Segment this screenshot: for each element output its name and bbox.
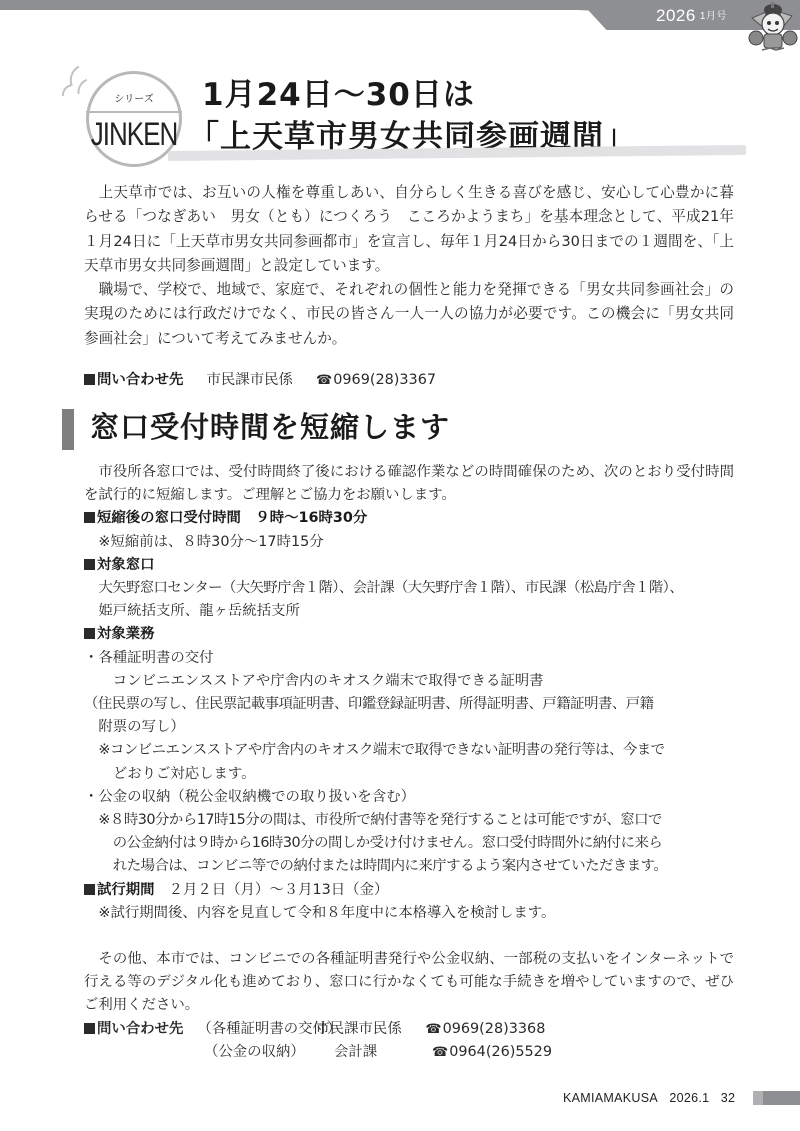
windows-heading: 対象窓口 <box>84 554 734 577</box>
square-bullet-icon <box>84 559 95 570</box>
contact-department: 市民課市民係 <box>207 372 293 388</box>
phone-icon: ☎ <box>432 1045 448 1060</box>
services-heading: 対象業務 <box>84 623 734 646</box>
footer-bar <box>753 1091 800 1105</box>
phone-icon: ☎ <box>316 373 332 388</box>
contact-label: 問い合わせ先 <box>97 372 183 388</box>
contact-row: 問い合わせ先（各種証明書の交付）市民課市民係☎0969(28)3368 <box>84 1018 734 1041</box>
square-bullet-icon <box>84 374 95 385</box>
windows-line: 大矢野窓口センター（大矢野庁舎１階）、会計課（大矢野庁舎１階）、市民課（松島庁舎… <box>84 577 734 600</box>
paragraph: 職場で、学校で、地域で、家庭で、それぞれの個性と能力を発揮できる「男女共同参画社… <box>84 278 734 351</box>
hours-heading: 短縮後の窓口受付時間 ９時～16時30分 <box>84 507 734 530</box>
square-bullet-icon <box>84 628 95 639</box>
closing-paragraph: その他、本市では、コンビニでの各種証明書発行や公金収納、一部税の支払いをインター… <box>84 948 734 1018</box>
contact-topic: （各種証明書の交付） <box>197 1018 315 1041</box>
windows-line: 姫戸統括支所、龍ヶ岳統括支所 <box>84 600 734 623</box>
contact-department: 市民課市民係 <box>315 1018 425 1041</box>
intro-paragraph: 市役所各窓口では、受付時間終了後における確認作業などの時間確保のため、次のとおり… <box>84 461 734 507</box>
service-note: ※８時30分から17時15分の間は、市役所で納付書等を発行することは可能ですが、… <box>84 809 734 832</box>
service-subitem: コンビニエンスストアや庁舎内のキオスク端末で取得できる証明書 <box>84 670 734 693</box>
page-footer: KAMIAMAKUSA 2026.1 32 <box>563 1091 735 1105</box>
badge-divider <box>86 111 182 113</box>
contact-department: 会計課 <box>322 1041 432 1064</box>
square-bullet-icon <box>84 512 95 523</box>
issue-month: 1月号 <box>700 11 727 22</box>
issue-year: 2026 <box>656 6 696 25</box>
contact-row: （公金の収納）会計課☎0964(26)5529 <box>84 1041 734 1064</box>
square-bullet-icon <box>84 1023 95 1034</box>
issue-label: 20261月号 <box>656 6 727 26</box>
service-note: どおりご対応します。 <box>84 763 734 786</box>
article-title: 1月24日～30日は 「上天草市男女共同参画週間」 <box>202 74 636 158</box>
service-item: ・各種証明書の交付 <box>84 647 734 670</box>
phone-icon: ☎ <box>425 1022 441 1037</box>
contact-phone: 0964(26)5529 <box>449 1044 552 1060</box>
hours-note: ※短縮前は、８時30分～17時15分 <box>84 531 734 554</box>
services-label: 対象業務 <box>97 626 155 642</box>
section-marker <box>62 409 74 450</box>
contact-phone: 0969(28)3367 <box>333 372 436 388</box>
contact-info: 問い合わせ先 市民課市民係 ☎0969(28)3367 <box>84 368 436 389</box>
service-item: ・公金の収納（税公金収納機での取り扱いを含む） <box>84 786 734 809</box>
trial-note: ※試行期間後、内容を見直して令和８年度中に本格導入を検討します。 <box>84 902 734 925</box>
trial-label: 試行期間 <box>97 882 155 898</box>
trial-period: ２月２日（月）～３月13日（金） <box>169 882 389 898</box>
article2-body: 市役所各窓口では、受付時間終了後における確認作業などの時間確保のため、次のとおり… <box>84 461 734 1064</box>
series-name: JINKEN <box>89 115 179 154</box>
series-label: シリーズ <box>89 90 179 105</box>
article-title-line1: 1月24日～30日は <box>202 74 636 116</box>
square-bullet-icon <box>84 884 95 895</box>
article-body: 上天草市では、お互いの人権を尊重しあい、自分らしく生きる喜びを感じ、安心して心豊… <box>84 181 734 351</box>
windows-label: 対象窓口 <box>97 557 155 573</box>
contact-label: 問い合わせ先 <box>97 1021 183 1037</box>
contact-topic: （公金の収納） <box>204 1041 322 1064</box>
hours-label: 短縮後の窓口受付時間 ９時～16時30分 <box>97 510 367 526</box>
section-title: 窓口受付時間を短縮します <box>90 405 450 446</box>
paragraph: 上天草市では、お互いの人権を尊重しあい、自分らしく生きる喜びを感じ、安心して心豊… <box>84 181 734 278</box>
service-note: ※コンビニエンスストアや庁舎内のキオスク端末で取得できない証明書の発行等は、今ま… <box>84 739 734 762</box>
service-note: れた場合は、コンビニ等での納付または時間内に来庁するよう案内させていただきます。 <box>84 855 734 878</box>
service-list: 附票の写し） <box>84 716 734 739</box>
contact-phone: 0969(28)3368 <box>443 1021 546 1037</box>
service-list: （住民票の写し、住民票記載事項証明書、印鑑登録証明書、所得証明書、戸籍証明書、戸… <box>84 693 734 716</box>
publication-name: KAMIAMAKUSA <box>563 1091 658 1105</box>
trial-heading: 試行期間２月２日（月）～３月13日（金） <box>84 879 734 902</box>
mascot-character-icon <box>746 2 798 56</box>
page-number: 32 <box>721 1091 736 1105</box>
service-note: の公金納付は９時から16時30分の間しか受け付けません。窓口受付時間外に納付に来… <box>84 832 734 855</box>
issue-number: 2026.1 <box>669 1091 709 1105</box>
